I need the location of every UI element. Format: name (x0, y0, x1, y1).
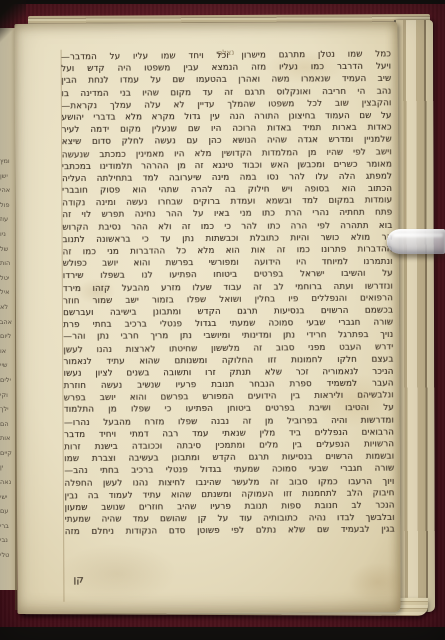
facing-page-line-fragment: עם (0, 504, 12, 519)
facing-page-line-fragment: יטל (0, 271, 12, 286)
book-snake-weight (387, 229, 445, 254)
facing-page-line-fragment: לא (0, 300, 12, 315)
binding-corner-shadow (0, 0, 26, 46)
manuscript-line: בגין לבעמיד שם שלא נתלם לפי פשוטן סדם הנ… (65, 524, 395, 539)
facing-page-line-fragment: נבי (0, 533, 12, 548)
facing-page-line-fragment: ילך (0, 402, 12, 417)
facing-page-line-fragment: ניו (0, 227, 12, 242)
facing-page-line-fragment: נאה (0, 475, 12, 490)
facing-page-line-fragment: שיי (0, 358, 12, 373)
facing-page-line-fragment: קיים (0, 446, 12, 461)
facing-page-line-fragment: ין (0, 460, 12, 475)
facing-page-line-fragment: ילים (0, 373, 12, 388)
facing-page-line-fragment: ליום (0, 329, 12, 344)
facing-page-line-fragment: אות (0, 431, 12, 446)
facing-page-line-fragment: עוז (0, 212, 12, 227)
facing-page-line-fragment: ברי (0, 519, 12, 534)
leaf-edges-right (394, 20, 435, 612)
facing-page-line-fragment: אהי (0, 183, 12, 198)
facing-page-line-fragment: ישן (0, 169, 12, 184)
facing-page-line-fragment: וקי (0, 388, 12, 403)
facing-page-line-fragment: איל (0, 285, 12, 300)
manuscript-page: נצלח כמל שמו נטלן מתרגם מישרון וכל ויחד … (14, 22, 400, 614)
facing-page-line-fragment: ומץ (0, 154, 12, 169)
parchment-stain (347, 562, 407, 602)
facing-page-line-fragment: הות (0, 256, 12, 271)
facing-page-line-fragment: פול (0, 198, 12, 213)
facing-page-line-fragment: אהב (0, 315, 12, 330)
facing-page-line-fragment: או (0, 344, 12, 359)
catchword: קן (73, 574, 83, 586)
text-block: כמל שמו נטלן מתרגם מישרון וכל ויחד שמו ע… (61, 49, 395, 539)
manuscript-photo: ומץישןאהיפולעוזניושלהותיטלאיללאאהבליוםאו… (0, 0, 445, 640)
facing-page-line-fragment: ישי (0, 490, 12, 505)
facing-page-line-fragment: טלי (0, 548, 12, 563)
facing-page-line-fragment: הם (0, 417, 12, 432)
facing-page-text: ומץישןאהיפולעוזניושלהותיטלאיללאאהבליוםאו… (0, 154, 12, 563)
facing-page-line-fragment: של (0, 242, 12, 257)
